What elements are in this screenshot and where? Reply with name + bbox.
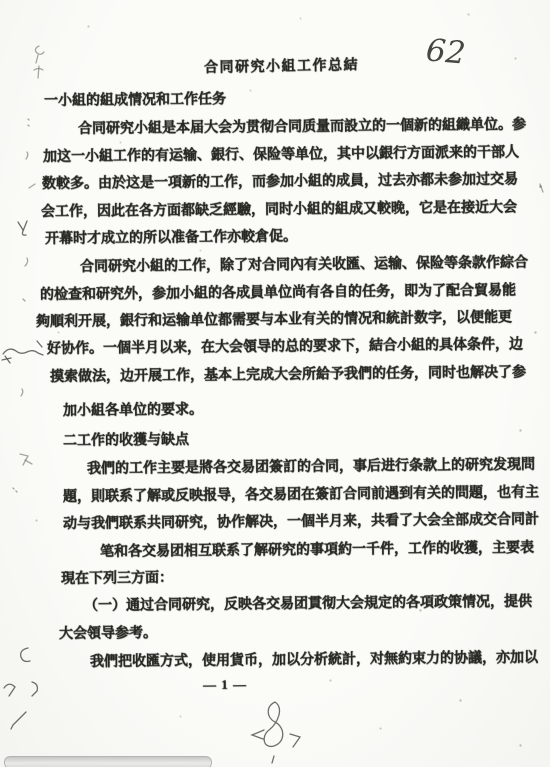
handwritten-page-number-bottom [248,698,308,764]
pencil-mark [1,338,49,364]
pencil-mark [9,710,29,730]
text-line: 动与我們联系共同研究，协作解决，一個半月来，共看了大会全部成交合同計 [63,511,539,534]
text-line: 合同研究小組是本届大会为贯彻合同质量而設立的一個新的組織单位。参 [78,117,526,139]
pencil-mark [23,256,31,268]
pencil-mark [11,486,19,494]
scan-noise [0,0,1,1]
text-line: 数較多。由於这是一項新的工作，而参加小組的成員，过去亦都未参加过交易 [42,171,518,194]
text-line: 加这一小組工作的有运输、銀行、保险等单位，其中以銀行方面派来的干部人 [43,144,519,167]
document-page: 62 合同研究小組工作总結 一小組的組成情况和工作任务合同研究小組是本届大会为贯… [0,0,550,767]
section-heading: 一小組的組成情况和工作任务 [44,91,226,111]
text-line: 会工作，因此在各方面都缺乏經驗，同时小組的組成又較晚，它是在接近大会 [41,199,517,222]
pencil-mark [18,452,34,468]
text-line: 的检查和研究外，参加小組的各成員单位尚有各自的任务，即为了配合貿易能 [40,282,516,305]
pencil-mark [16,646,32,664]
pencil-mark [19,388,27,398]
pencil-mark [27,182,37,192]
pencil-mark [31,44,49,82]
text-line: 我們把收匯方式，使用貨币，加以分析統計，对無約束力的协議，亦加以 [90,650,538,672]
pencil-mark [15,220,31,238]
page-number: — 1 — [203,676,247,694]
text-line: 开幕时才成立的所以准备工作亦較倉促。 [45,229,297,249]
text-line: 我們的工作主要是將各交易团簽訂的合同，事后进行条款上的研究发現問 [87,457,535,479]
text-line: 笔和各交易团相互联系了解研究的事項約一千件，工作的收獲，主要表 [100,540,534,562]
pencil-mark [538,182,546,194]
text-line: 大会領导参考。 [59,625,157,644]
document-title: 合同研究小組工作总結 [204,57,359,78]
text-line: 現在下列三方面： [61,570,173,589]
pencil-mark [25,118,33,128]
text-line: （一）通过合同研究，反映各交易团貫彻大会規定的各項政策情况，提供 [84,594,532,616]
text-line: 夠順利开展，銀行和运输单位都需要与本业有关的情况和統計数字，以便能更 [36,309,512,332]
scan-artifact-bar [4,756,212,767]
handwritten-page-number-top: 62 [425,32,467,71]
text-line: 題，則联系了解或反映报导，各交易团在簽訂合同前遇到有关的問題，也有主 [63,484,539,507]
text-line: 好协作。一個半月以来，在大会領导的总的要求下，結合小組的具体条件，边 [47,336,523,359]
pencil-mark [2,678,46,702]
text-line: 摸索做法，边开展工作，基本上完成大会所給予我們的任务，同时也解决了参 [50,364,526,387]
text-line: 合同研究小組的工作，除了对合同內有关收匯、运输、保险等条款作綜合 [80,255,528,277]
section-heading: 二工作的收獲与缺点 [63,432,189,451]
pencil-mark [23,151,31,161]
text-line: 加小組各单位的要求。 [63,402,203,421]
pencil-mark [21,297,27,303]
